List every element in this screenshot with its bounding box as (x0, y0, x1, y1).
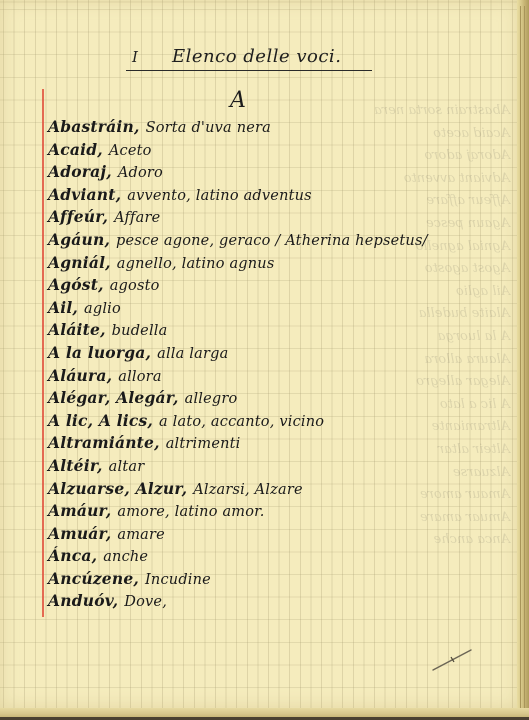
headword: Ail, (48, 298, 78, 317)
glossary-entry: Alzuarse, Alzur,Alzarsi, Alzare (48, 478, 508, 501)
headword: Altramiánte, (48, 433, 160, 452)
gloss: Dove, (124, 594, 167, 610)
glossary-entry: Aláura,allora (48, 365, 508, 388)
gloss: pesce agone, geraco / Atherina hepsetus/ (116, 233, 428, 249)
headword: Acaid, (48, 140, 103, 159)
glossary-entry: Adviant,avvento, latino adventus (48, 184, 508, 207)
headword: A lic, A lics, (48, 411, 153, 430)
headword: Alzuarse, Alzur, (48, 479, 187, 498)
page-stack-bottom-edge (0, 708, 529, 720)
gloss: aglio (84, 301, 121, 317)
gloss: Aceto (109, 143, 152, 159)
gloss: budella (112, 323, 168, 339)
gloss: Adoro (118, 165, 163, 181)
gloss: agnello, latino agnus (117, 256, 275, 272)
glossary-entry: A la luorga,alla larga (48, 342, 508, 365)
pencil-slash-mark-icon (432, 648, 472, 672)
glossary-entry: Adoraj,Adoro (48, 161, 508, 184)
glossary-entry: Abastráin,Sorta d'uva nera (48, 116, 508, 139)
glossary-entry: Ancúzene,Incudine (48, 568, 508, 591)
gloss: agosto (110, 278, 160, 294)
headword: Agáun, (48, 230, 110, 249)
headword: Ánca, (48, 546, 97, 565)
headword: Abastráin, (48, 117, 140, 136)
headword: Agóst, (48, 275, 104, 294)
headword: Aláite, (48, 320, 106, 339)
gloss: alla larga (157, 346, 228, 362)
section-letter-heading: A (230, 88, 246, 113)
headword: Agniál, (48, 253, 111, 272)
glossary-entry: Alégar, Alegár,allegro (48, 387, 508, 410)
headword: Affeúr, (48, 207, 108, 226)
gloss: avvento, latino adventus (127, 188, 312, 204)
headword: A la luorga, (48, 343, 151, 362)
glossary-entry: A lic, A lics,a lato, accanto, vicino (48, 410, 508, 433)
gloss: allegro (185, 391, 238, 407)
glossary-entry: Aláite,budella (48, 319, 508, 342)
glossary-entry: Affeúr,Affare (48, 206, 508, 229)
gloss: a lato, accanto, vicino (159, 414, 324, 430)
gloss: Incudine (145, 572, 211, 588)
headword: Adviant, (48, 185, 121, 204)
glossary-entry: Agniál,agnello, latino agnus (48, 252, 508, 275)
glossary-entry: Ail,aglio (48, 297, 508, 320)
gloss: amare (117, 527, 165, 543)
headword: Altéir, (48, 456, 103, 475)
headword: Adoraj, (48, 162, 112, 181)
gloss: Affare (114, 210, 160, 226)
headword: Amuár, (48, 524, 111, 543)
headword: Aláura, (48, 366, 112, 385)
glossary-entry: Altéir,altar (48, 455, 508, 478)
glossary-entry: Altramiánte,altrimenti (48, 432, 508, 455)
gloss: altrimenti (166, 436, 241, 452)
gloss: anche (103, 549, 148, 565)
glossary-entry: Agóst,agosto (48, 274, 508, 297)
headword: Anduóv, (48, 591, 118, 610)
headword: Alégar, Alegár, (48, 388, 179, 407)
red-margin-line (42, 89, 44, 617)
gloss: allora (118, 369, 161, 385)
glossary-entry: Amáur,amore, latino amor. (48, 500, 508, 523)
title-text: Elenco delle voci. (172, 46, 341, 67)
glossary-entry: Acaid,Aceto (48, 139, 508, 162)
gloss: altar (109, 459, 145, 475)
glossary-entry: Amuár,amare (48, 523, 508, 546)
glossary-entry: Ánca,anche (48, 545, 508, 568)
page-title: I Elenco delle voci. (126, 46, 372, 71)
notebook-page: Abastrain sorta neraAcaid acetoAdoraj ad… (0, 0, 518, 708)
headword: Ancúzene, (48, 569, 139, 588)
headword: Amáur, (48, 501, 111, 520)
gloss: Alzarsi, Alzare (193, 482, 303, 498)
glossary-entry: Agáun,pesce agone, geraco / Atherina hep… (48, 229, 508, 252)
gloss: amore, latino amor. (117, 504, 264, 520)
page-stack-right-edge (517, 0, 529, 720)
glossary-entry: Anduóv,Dove, (48, 590, 508, 613)
glossary-entry-list: Abastráin,Sorta d'uva nera Acaid,Aceto A… (48, 116, 508, 613)
title-number: I (132, 48, 138, 66)
gloss: Sorta d'uva nera (146, 120, 271, 136)
